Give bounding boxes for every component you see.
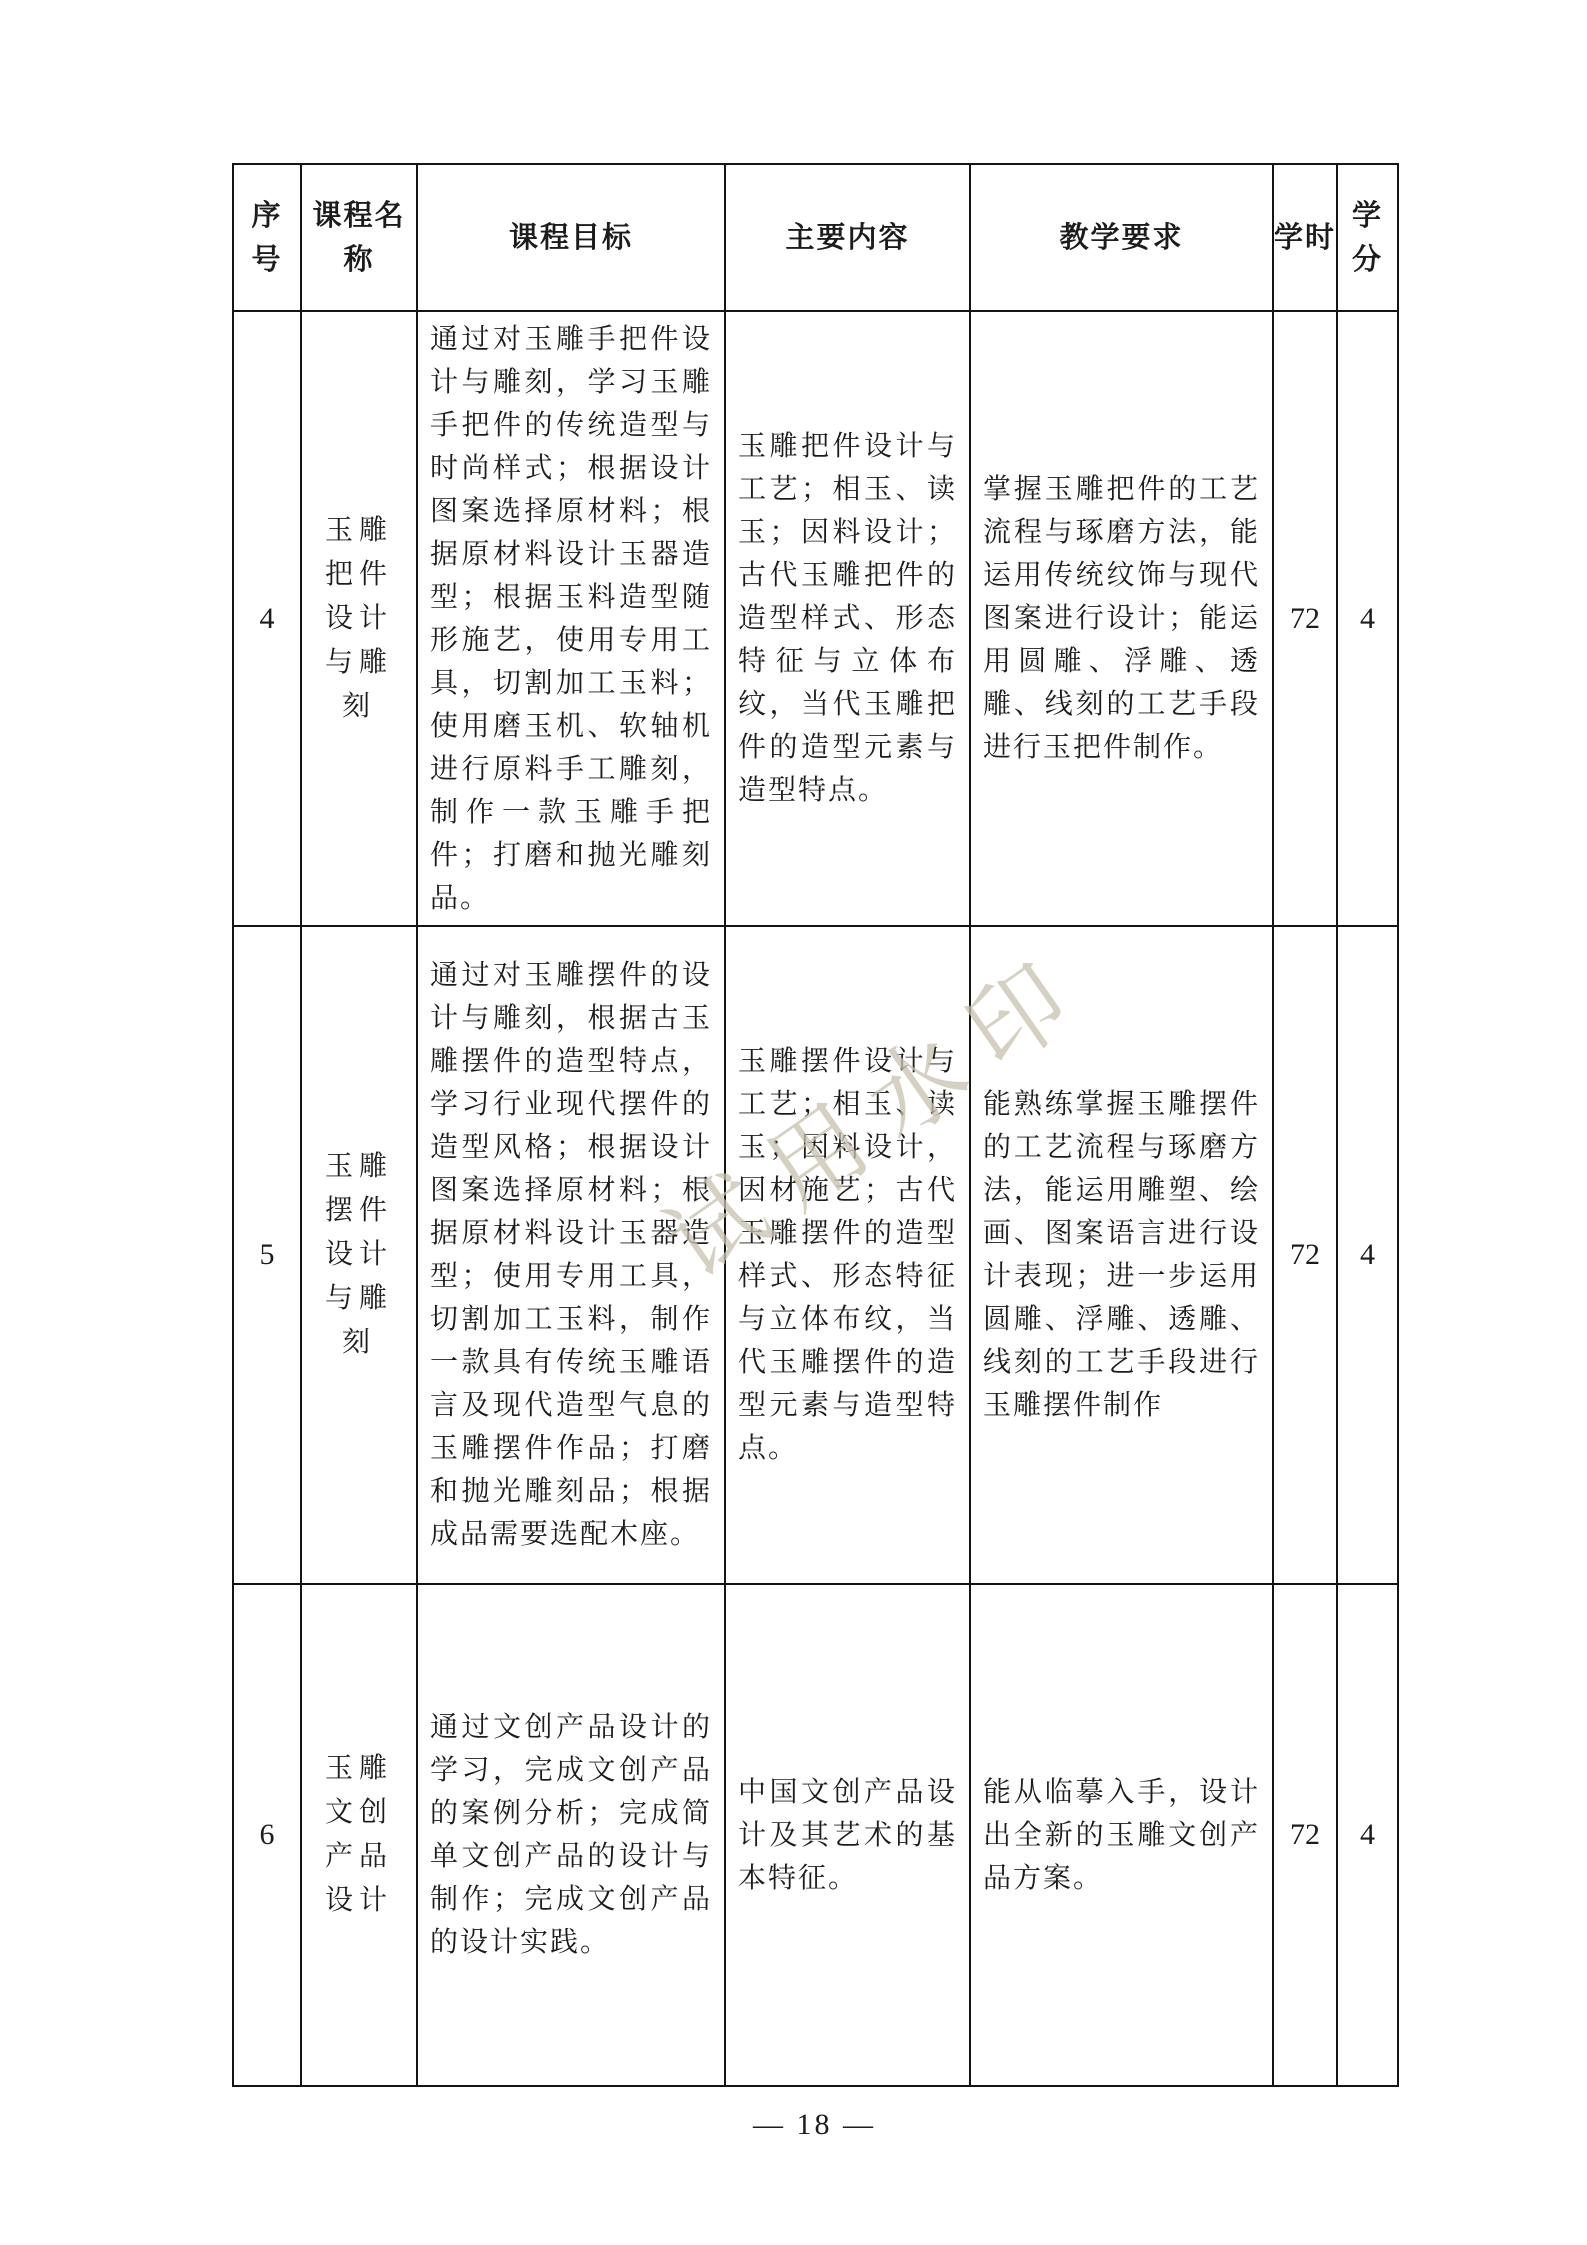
row6-course-name-text: 玉雕文创产品设计 [322,1747,396,1923]
row5-course-name-text: 玉雕摆件设计与雕刻 [322,1145,396,1365]
row6-content: 中国文创产品设计及其艺术的基本特征。 [725,1584,970,2086]
row5-objectives: 通过对玉雕摆件的设计与雕刻，根据古玉雕摆件的造型特点，学习行业现代摆件的造型风格… [417,926,725,1584]
header-objectives-label: 课程目标 [418,216,724,260]
row6-credits: 4 [1337,1584,1398,2086]
row6-requirements: 能从临摹入手，设计出全新的玉雕文创产品方案。 [970,1584,1273,2086]
table-row: 4 玉雕把件设计与雕刻 通过对玉雕手把件设计与雕刻，学习玉雕手把件的传统造型与时… [233,311,1398,926]
row6-course-name: 玉雕文创产品设计 [301,1584,417,2086]
row4-hours: 72 [1273,311,1337,926]
table-row: 6 玉雕文创产品设计 通过文创产品设计的学习，完成文创产品的案例分析；完成简单文… [233,1584,1398,2086]
row4-index: 4 [233,311,301,926]
row4-course-name: 玉雕把件设计与雕刻 [301,311,417,926]
row5-course-name: 玉雕摆件设计与雕刻 [301,926,417,1584]
header-course-name-label: 课程名称 [309,194,409,282]
header-requirements-label: 教学要求 [971,216,1272,260]
row5-content: 玉雕摆件设计与工艺；相玉、读玉；因料设计，因材施艺；古代玉雕摆件的造型样式、形态… [725,926,970,1584]
table-header-row: 序号 课程名称 课程目标 主要内容 教学要求 学时 学分 [233,164,1398,311]
header-content: 主要内容 [725,164,970,311]
row6-objectives: 通过文创产品设计的学习，完成文创产品的案例分析；完成简单文创产品的设计与制作；完… [417,1584,725,2086]
row5-credits: 4 [1337,926,1398,1584]
header-hours: 学时 [1273,164,1337,311]
row6-hours: 72 [1273,1584,1337,2086]
row4-course-name-text: 玉雕把件设计与雕刻 [322,509,396,729]
row4-credits: 4 [1337,311,1398,926]
header-requirements: 教学要求 [970,164,1273,311]
header-course-name: 课程名称 [301,164,417,311]
row6-index: 6 [233,1584,301,2086]
table-row: 5 玉雕摆件设计与雕刻 通过对玉雕摆件的设计与雕刻，根据古玉雕摆件的造型特点，学… [233,926,1398,1584]
row4-content: 玉雕把件设计与工艺；相玉、读玉；因料设计；古代玉雕把件的造型样式、形态特征与立体… [725,311,970,926]
row4-requirements: 掌握玉雕把件的工艺流程与琢磨方法，能运用传统纹饰与现代图案进行设计；能运用圆雕、… [970,311,1273,926]
course-table: 序号 课程名称 课程目标 主要内容 教学要求 学时 学分 4 玉雕把件设计与雕刻… [232,163,1399,2087]
page-number: — 18 — [232,2108,1397,2142]
row5-hours: 72 [1273,926,1337,1584]
header-objectives: 课程目标 [417,164,725,311]
header-index-label: 序号 [248,194,286,282]
document-page: 序号 课程名称 课程目标 主要内容 教学要求 学时 学分 4 玉雕把件设计与雕刻… [0,0,1587,2245]
header-hours-label: 学时 [1274,216,1336,260]
header-credits: 学分 [1337,164,1398,311]
row4-objectives: 通过对玉雕手把件设计与雕刻，学习玉雕手把件的传统造型与时尚样式；根据设计图案选择… [417,311,725,926]
row5-index: 5 [233,926,301,1584]
header-index: 序号 [233,164,301,311]
header-content-label: 主要内容 [726,216,969,260]
row5-requirements: 能熟练掌握玉雕摆件的工艺流程与琢磨方法，能运用雕塑、绘画、图案语言进行设计表现；… [970,926,1273,1584]
header-credits-label: 学分 [1338,194,1397,282]
